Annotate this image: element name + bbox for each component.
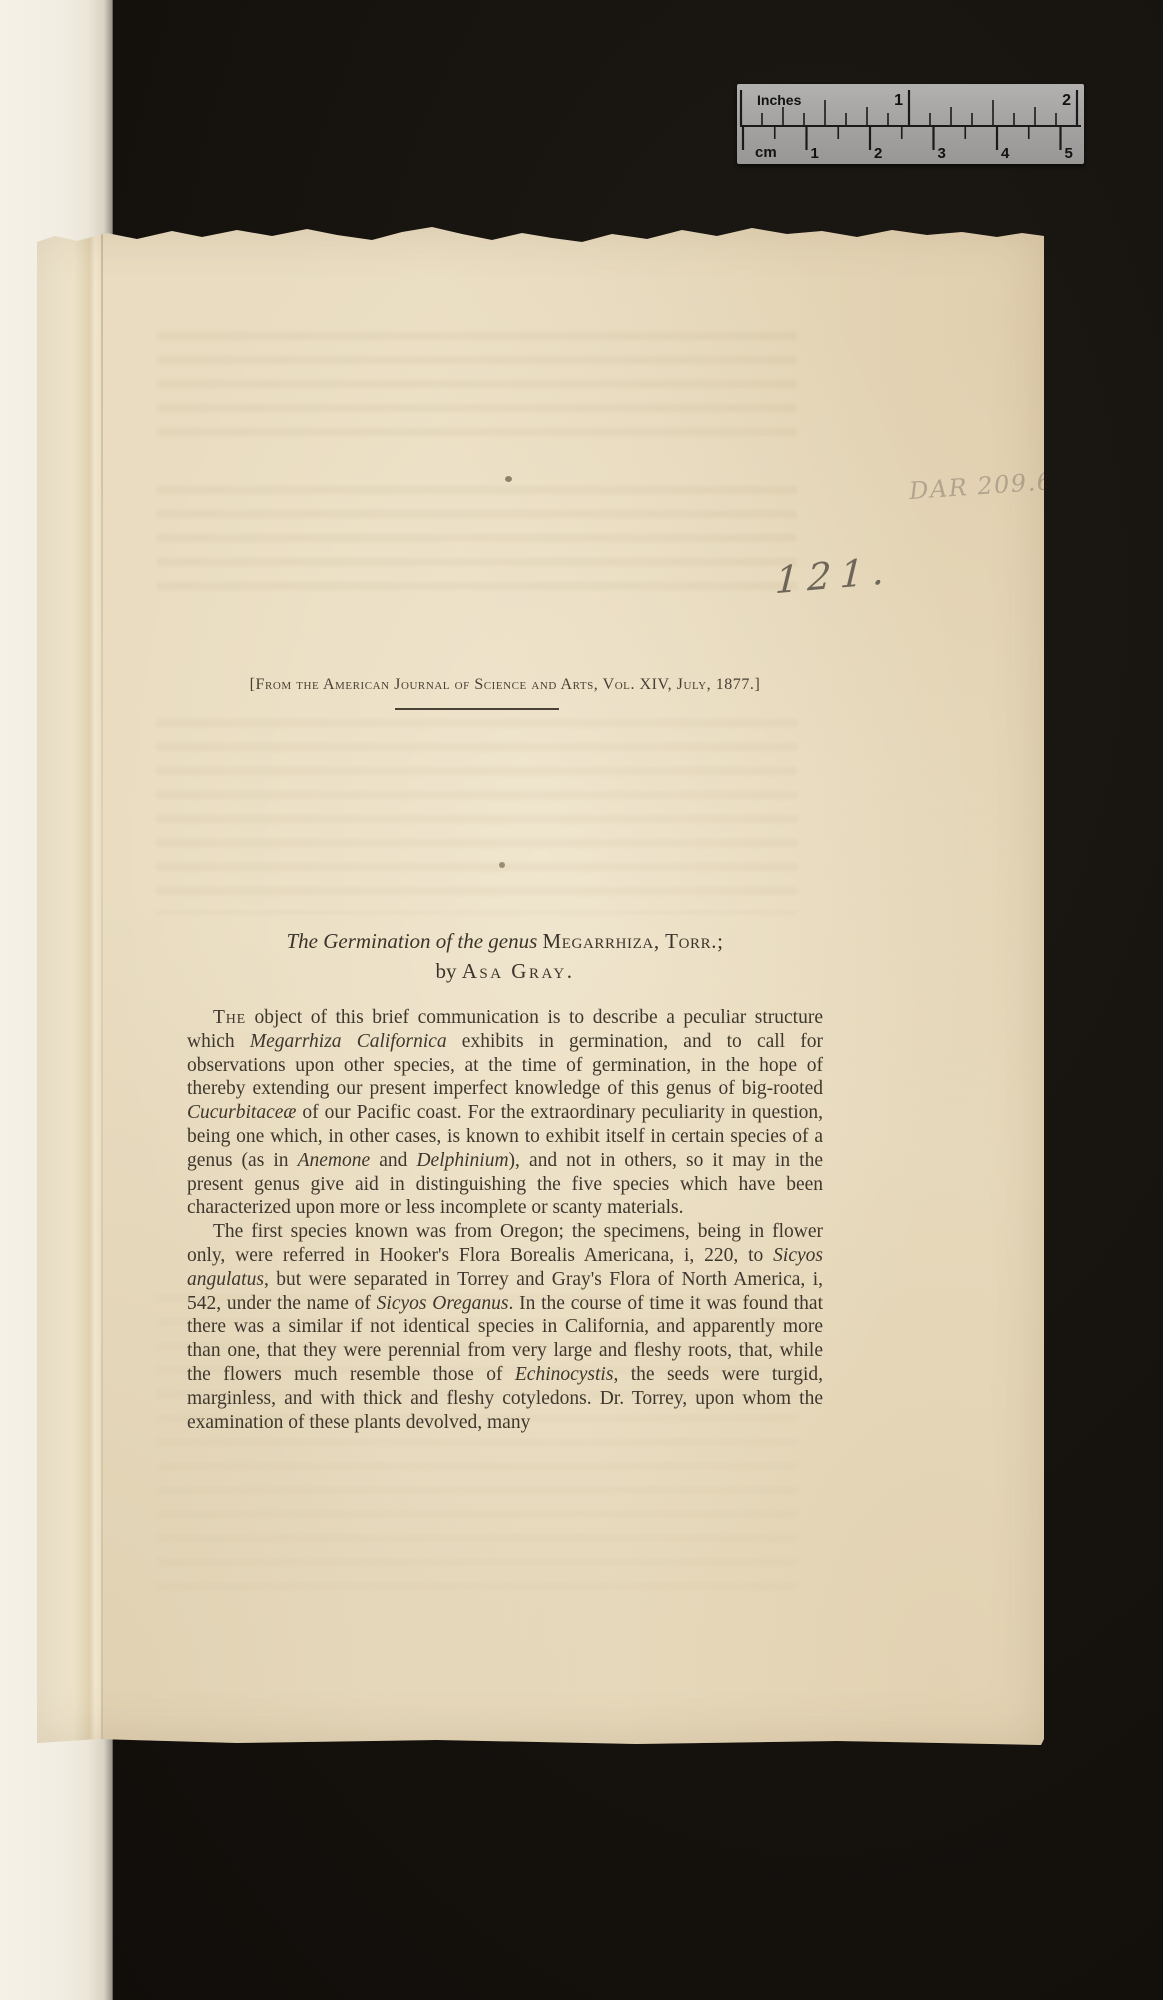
reverse-side-bleedthrough xyxy=(157,332,797,452)
reverse-side-bleedthrough xyxy=(157,486,797,606)
ruler-inch-number: 1 xyxy=(894,92,903,109)
body-segment: The xyxy=(213,1007,246,1028)
ruler-cm-number: 2 xyxy=(874,145,882,162)
ruler-cm-number: 1 xyxy=(811,145,819,162)
latin-name: Echinocystis xyxy=(515,1364,614,1385)
citation-rule xyxy=(395,708,559,710)
byline-by: by xyxy=(435,959,461,983)
title-genus-part: Megarrhiza, Torr.; xyxy=(543,929,724,953)
ink-number-annotation: 121. xyxy=(774,549,894,603)
ruler-inch-numbers: 12 xyxy=(894,92,1071,109)
page-crease-line xyxy=(101,224,103,1745)
body-text: The object of this brief communication i… xyxy=(187,1006,823,1434)
title-italic-part: The Germination of the genus xyxy=(286,929,542,953)
body-segment: and xyxy=(370,1150,416,1171)
body-paragraph: The object of this brief communication i… xyxy=(187,1006,823,1220)
ruler-graphic: Inches cm 12 12345 xyxy=(737,84,1084,164)
ruler-cm-numbers: 12345 xyxy=(811,145,1073,162)
latin-name: Cucurbitaceæ xyxy=(187,1102,296,1123)
latin-name: Megarrhiza Californica xyxy=(250,1031,447,1052)
ruler-inches-label: Inches xyxy=(757,92,802,108)
ruler-cm-label: cm xyxy=(755,144,777,161)
latin-name: Sicyos Oreganus xyxy=(377,1293,509,1314)
ruler-cm-number: 3 xyxy=(938,145,946,162)
paper-speck xyxy=(505,476,512,482)
body-paragraph: The first species known was from Oregon;… xyxy=(187,1220,823,1434)
paper-speck xyxy=(499,862,505,868)
article-title-block: The Germination of the genus Megarrhiza,… xyxy=(187,926,823,986)
reverse-side-bleedthrough xyxy=(157,719,797,914)
latin-name: Anemone xyxy=(298,1150,371,1171)
body-segment: The first species known was from Oregon;… xyxy=(187,1221,823,1266)
article-byline: by Asa Gray. xyxy=(187,956,823,986)
scanned-offprint-photograph: { "scene": { "background_color": "#16120… xyxy=(0,0,1163,2000)
ruler-cm-number: 5 xyxy=(1065,145,1073,162)
ruler-inch-number: 2 xyxy=(1062,92,1071,109)
measurement-ruler: Inches cm 12 12345 xyxy=(737,84,1084,164)
article-title: The Germination of the genus Megarrhiza,… xyxy=(187,926,823,956)
document-page: DAR 209.6:175 121. [From the American Jo… xyxy=(37,224,1044,1745)
page-fold-edge xyxy=(37,224,103,1745)
latin-name: Delphinium xyxy=(416,1150,508,1171)
byline-author: Asa Gray. xyxy=(462,959,575,983)
ruler-cm-ticks xyxy=(743,126,1061,150)
ruler-cm-number: 4 xyxy=(1001,145,1010,162)
journal-citation-line: [From the American Journal of Science an… xyxy=(187,676,823,694)
